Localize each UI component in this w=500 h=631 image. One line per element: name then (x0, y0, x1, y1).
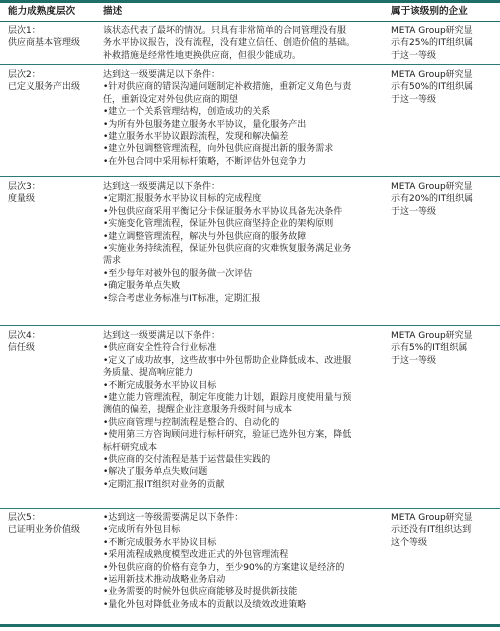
description-line: •建立能力管理流程，制定年度能力计划，跟踪月度使用量与预 (103, 392, 384, 404)
level-cell: 层次1： 供应商基本管理级 (0, 25, 98, 62)
description-line: 达到这一级要满足以下条件： (103, 330, 384, 342)
companies-line: 于这一等级 (391, 94, 500, 106)
level-cell: 层次4： 信任级 (0, 330, 98, 491)
companies-line: 示有25%的IT组织属 (391, 37, 500, 49)
description-line: •运用新技术推动战略业务启动 (103, 574, 384, 586)
description-line: 补救措施是经常性地更换供应商，但很少能成功。 (103, 50, 384, 62)
bottom-rule (0, 624, 500, 627)
description-line: 需求 (103, 255, 384, 267)
level-name: 供应商基本管理级 (8, 37, 98, 49)
description-line: •供应商的交付流程是基于运营最佳实践的 (103, 454, 384, 466)
header-description: 描述 (98, 3, 384, 21)
description-line: •针对供应商的错误沟通问题制定补救措施，重新定义角色与责 (103, 81, 384, 93)
description-line: •建立调整管理流程，解决与外包供应商的服务故障 (103, 231, 384, 243)
companies-line: 于这一等级 (391, 50, 500, 62)
companies-line: 示有5%的IT组织属 (391, 342, 500, 354)
description-line: 测值的偏差，提醒企业注意服务升级时间与成本 (103, 404, 384, 416)
description-line: •定期汇报IT组织对业务的贡献 (103, 479, 384, 491)
companies-line: META Group研究显 (391, 181, 500, 193)
description-line: •采用流程成熟度模型改进正式的外包管理流程 (103, 549, 384, 561)
description-line: •使用第三方咨询顾问进行标杆研究，验证已选外包方案，降低 (103, 429, 384, 441)
level-name: 信任级 (8, 342, 98, 354)
description-line: •综合考虑业务标准与IT标准，定期汇报 (103, 293, 384, 305)
description-line: •为所有外包服务建立服务水平协议，量化服务产出 (103, 119, 384, 131)
companies-line: 于这一等级 (391, 206, 500, 218)
description-line: •外包供应商的价格有竞争力，至少90%的方案建议是经济的 (103, 562, 384, 574)
companies-line: META Group研究显 (391, 512, 500, 524)
description-cell: 达到这一级要满足以下条件： •针对供应商的错误沟通问题制定补救措施，重新定义角色… (98, 69, 384, 168)
description-line: •量化外包对降低业务成本的贡献以及绩效改进策略 (103, 599, 384, 611)
description-line: •解决了服务单点失败问题 (103, 466, 384, 478)
description-line: •建立外包调整管理流程，向外包供应商提出新的服务需求 (103, 143, 384, 155)
maturity-table: 能力成熟度层次 描述 属于该级别的企业 层次1： 供应商基本管理级 该状态代表了… (0, 0, 500, 3)
description-line: •建立一个关系管理结构，创造成功的关系 (103, 106, 384, 118)
description-line: •确定服务单点失败 (103, 280, 384, 292)
companies-line: 示有50%的IT组织属 (391, 81, 500, 93)
companies-cell: META Group研究显 示有20%的IT组织属 于这一等级 (384, 181, 500, 305)
description-line: •实施业务持续流程，保证外包供应商的灾难恢复服务满足业务 (103, 243, 384, 255)
description-cell: •达到这一等级需要满足以下条件： •完成所有外包目标 •不断完成服务水平协议目标… (98, 512, 384, 611)
companies-line: 示有20%的IT组织属 (391, 193, 500, 205)
header-companies: 属于该级别的企业 (384, 3, 500, 21)
companies-line: 这个等级 (391, 537, 500, 549)
description-line: •定期汇报服务水平协议目标的完成程度 (103, 193, 384, 205)
level-number: 层次3： (8, 181, 98, 193)
table-row: 层次4： 信任级 达到这一级要满足以下条件： •供应商安全性符合行业标准 •定义… (0, 330, 500, 491)
description-cell: 达到这一级要满足以下条件： •定期汇报服务水平协议目标的完成程度 •外包供应商采… (98, 181, 384, 305)
description-cell: 该状态代表了最坏的情况。只具有非常简单的合同管理没有服 务水平协议报告，没有流程… (98, 25, 384, 62)
row-divider (0, 325, 500, 326)
description-line: •供应商管理与控制流程是整合的、自动化的 (103, 417, 384, 429)
table-row: 层次2： 已定义服务产出级 达到这一级要满足以下条件： •针对供应商的错误沟通问… (0, 69, 500, 168)
table-row: 层次3： 度量级 达到这一级要满足以下条件： •定期汇报服务水平协议目标的完成程… (0, 181, 500, 305)
row-divider (0, 64, 500, 65)
level-number: 层次4： (8, 330, 98, 342)
description-line: 达到这一级要满足以下条件： (103, 69, 384, 81)
table-row: 层次5： 已证明业务价值级 •达到这一等级需要满足以下条件： •完成所有外包目标… (0, 512, 500, 611)
row-divider (0, 176, 500, 177)
description-line: 任，重新设定对外包供应商的期望 (103, 94, 384, 106)
description-line: 务质量、提高响应能力 (103, 367, 384, 379)
description-line: 达到这一级要满足以下条件： (103, 181, 384, 193)
description-line: •实施变化管理流程，保证外包供应商坚持企业的架构原则 (103, 218, 384, 230)
companies-line: 示还没有IT组织达到 (391, 524, 500, 536)
table-row: 层次1： 供应商基本管理级 该状态代表了最坏的情况。只具有非常简单的合同管理没有… (0, 25, 500, 62)
description-line: •至少每年对被外包的服务做一次评估 (103, 268, 384, 280)
level-cell: 层次3： 度量级 (0, 181, 98, 305)
companies-line: META Group研究显 (391, 69, 500, 81)
companies-line: 于这一等级 (391, 355, 500, 367)
level-number: 层次2： (8, 69, 98, 81)
description-line: •供应商安全性符合行业标准 (103, 342, 384, 354)
level-number: 层次5： (8, 512, 98, 524)
level-name: 已证明业务价值级 (8, 524, 98, 536)
level-name: 已定义服务产出级 (8, 81, 98, 93)
companies-cell: META Group研究显 示还没有IT组织达到 这个等级 (384, 512, 500, 611)
companies-line: META Group研究显 (391, 330, 500, 342)
table-header: 能力成熟度层次 描述 属于该级别的企业 (0, 3, 500, 22)
description-line: 标杆研究成本 (103, 442, 384, 454)
level-cell: 层次2： 已定义服务产出级 (0, 69, 98, 168)
description-line: 该状态代表了最坏的情况。只具有非常简单的合同管理没有服 (103, 25, 384, 37)
description-line: •建立服务水平协议跟踪流程，发现和解决偏差 (103, 131, 384, 143)
companies-line: META Group研究显 (391, 25, 500, 37)
level-name: 度量级 (8, 193, 98, 205)
description-cell: 达到这一级要满足以下条件： •供应商安全性符合行业标准 •定义了成功故事，这些故… (98, 330, 384, 491)
description-line: •不断完成服务水平协议目标 (103, 380, 384, 392)
description-line: •达到这一等级需要满足以下条件： (103, 512, 384, 524)
companies-cell: META Group研究显 示有5%的IT组织属 于这一等级 (384, 330, 500, 491)
companies-cell: META Group研究显 示有25%的IT组织属 于这一等级 (384, 25, 500, 62)
description-line: •不断完成服务水平协议目标 (103, 537, 384, 549)
row-divider (0, 508, 500, 509)
level-cell: 层次5： 已证明业务价值级 (0, 512, 98, 611)
description-line: 务水平协议报告，没有流程，没有建立信任、创造价值的基础。 (103, 37, 384, 49)
description-line: •完成所有外包目标 (103, 524, 384, 536)
companies-cell: META Group研究显 示有50%的IT组织属 于这一等级 (384, 69, 500, 168)
description-line: •业务需要的时候外包供应商能够及时提供新技能 (103, 586, 384, 598)
description-line: •定义了成功故事，这些故事中外包帮助企业降低成本、改进服 (103, 355, 384, 367)
level-number: 层次1： (8, 25, 98, 37)
header-level: 能力成熟度层次 (0, 3, 98, 21)
description-line: •外包供应商采用平衡记分卡保证服务水平协议具备先决条件 (103, 206, 384, 218)
description-line: •在外包合同中采用标杆策略，不断评估外包竞争力 (103, 156, 384, 168)
